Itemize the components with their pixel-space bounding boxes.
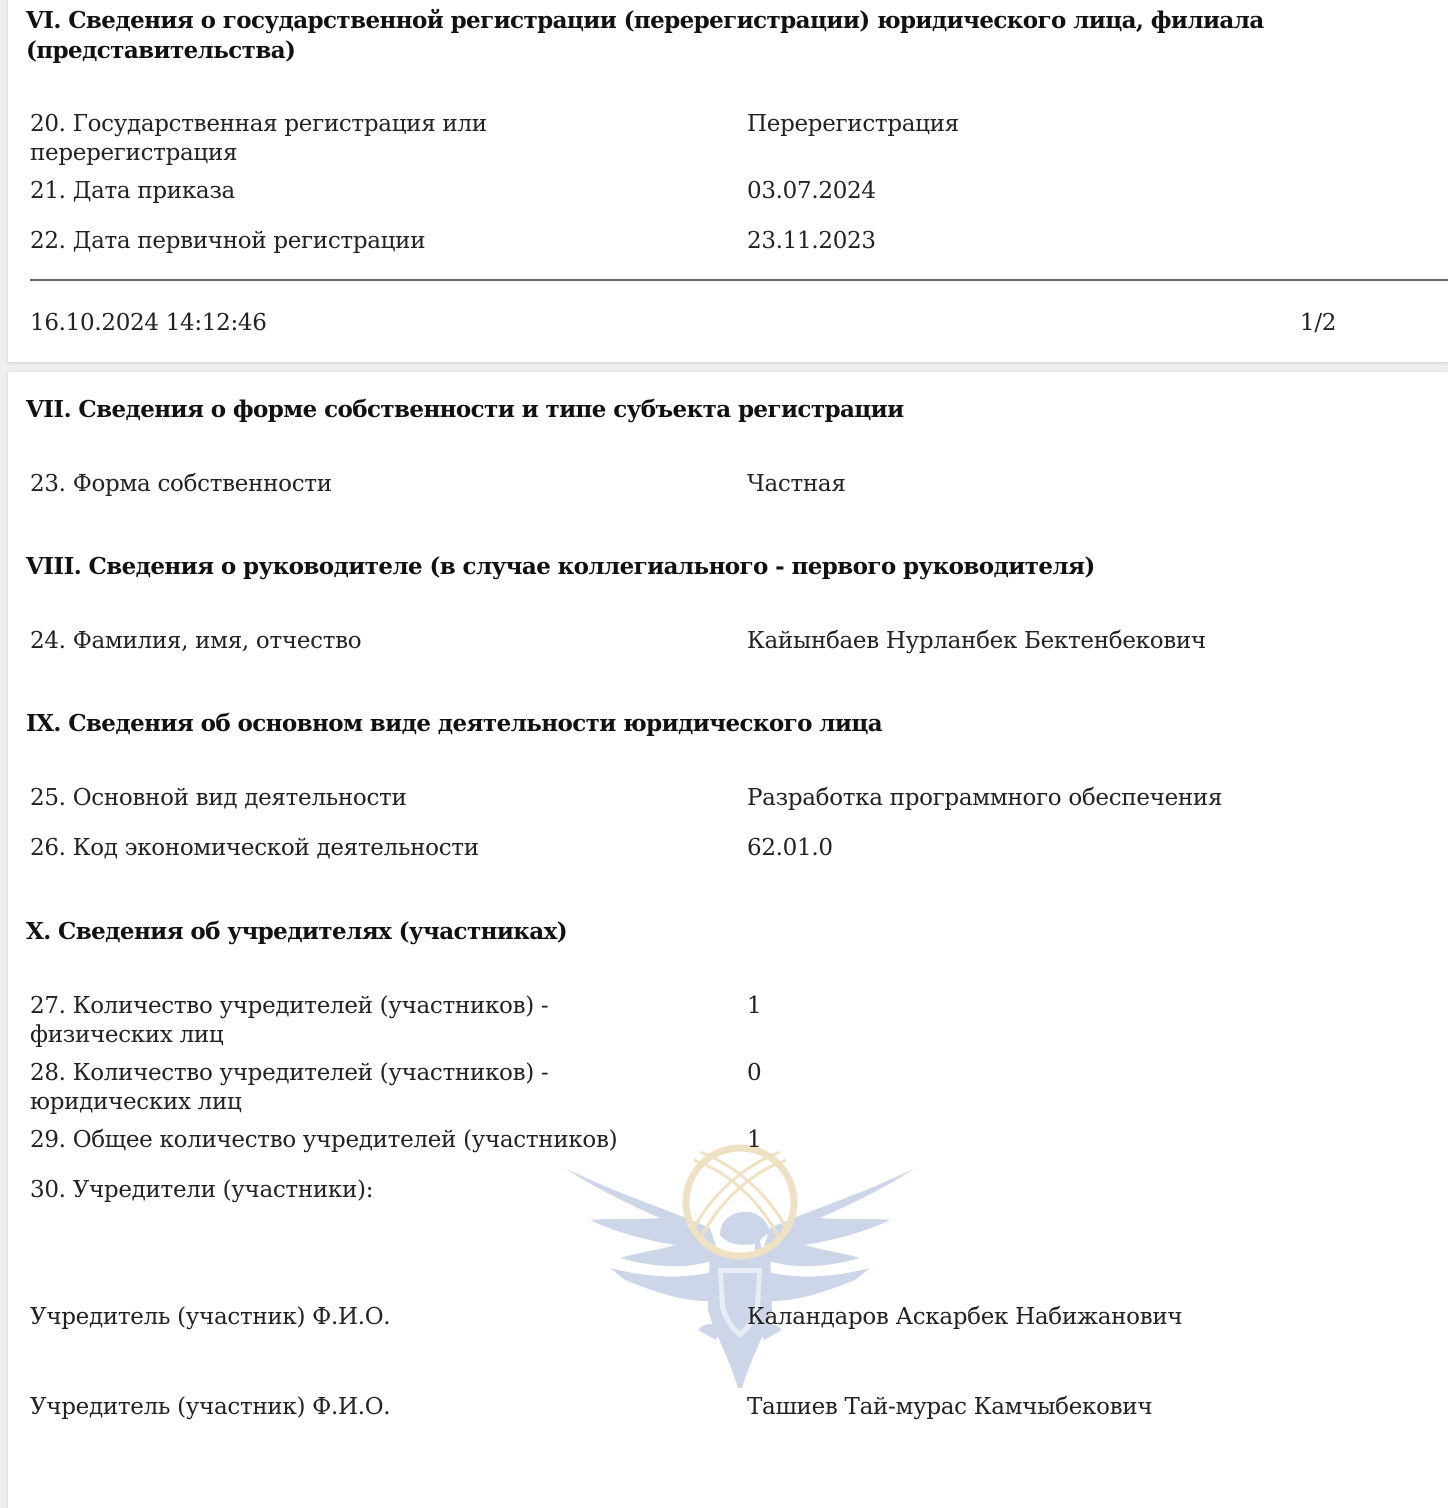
footer-divider (30, 279, 1448, 281)
field-29-label: 29. Общее количество учредителей (участн… (30, 1126, 617, 1155)
founder-1-name: Каландаров Аскарбек Набижанович (747, 1303, 1182, 1332)
field-23-value: Частная (747, 470, 846, 499)
field-26-label: 26. Код экономической деятельности (30, 834, 479, 863)
field-28-value: 0 (747, 1059, 761, 1088)
field-22-label: 22. Дата первичной регистрации (30, 227, 425, 256)
field-24-value: Кайынбаев Нурланбек Бектенбекович (747, 627, 1206, 656)
field-29-value: 1 (747, 1126, 761, 1155)
field-28-label-line1: 28. Количество учредителей (участников) … (30, 1059, 548, 1088)
footer-timestamp: 16.10.2024 14:12:46 (30, 309, 267, 338)
field-25-label: 25. Основной вид деятельности (30, 784, 406, 813)
field-20-label-line1: 20. Государственная регистрация или (30, 110, 487, 139)
document-page-1: VI. Сведения о государственной регистрац… (8, 0, 1448, 362)
field-27-value: 1 (747, 992, 761, 1021)
section-vii-title: VII. Сведения о форме собственности и ти… (26, 395, 904, 425)
section-viii-title: VIII. Сведения о руководителе (в случае … (26, 552, 1095, 582)
founder-2-name: Ташиев Тай-мурас Камчыбекович (747, 1393, 1152, 1422)
field-28-label-line2: юридических лиц (30, 1088, 242, 1117)
field-27-label-line1: 27. Количество учредителей (участников) … (30, 992, 548, 1021)
page-number: 1/2 (1300, 309, 1336, 338)
founder-1-label: Учредитель (участник) Ф.И.О. (30, 1303, 390, 1332)
section-x-title: X. Сведения об учредителях (участниках) (26, 917, 567, 947)
field-20-value: Перерегистрация (747, 110, 959, 139)
field-24-label: 24. Фамилия, имя, отчество (30, 627, 361, 656)
field-20-label-line2: перерегистрация (30, 139, 237, 168)
field-26-value: 62.01.0 (747, 834, 833, 863)
field-22-value: 23.11.2023 (747, 227, 876, 256)
section-ix-title: IX. Сведения об основном виде деятельнос… (26, 709, 882, 739)
founder-2-label: Учредитель (участник) Ф.И.О. (30, 1393, 390, 1422)
field-25-value: Разработка программного обеспечения (747, 784, 1222, 813)
field-21-value: 03.07.2024 (747, 177, 876, 206)
field-30-label: 30. Учредители (участники): (30, 1176, 373, 1205)
field-21-label: 21. Дата приказа (30, 177, 235, 206)
field-23-label: 23. Форма собственности (30, 470, 332, 499)
section-vi-title-line2: (представительства) (26, 36, 295, 66)
section-vi-title-line1: VI. Сведения о государственной регистрац… (26, 6, 1264, 36)
field-27-label-line2: физических лиц (30, 1021, 223, 1050)
page-2-content: VII. Сведения о форме собственности и ти… (8, 372, 1448, 1508)
